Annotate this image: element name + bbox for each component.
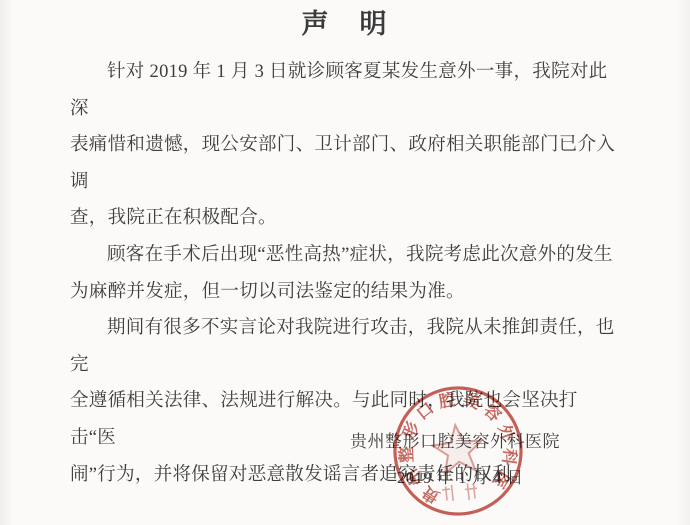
seal-star-icon (431, 423, 485, 475)
seal-smudge-marks (442, 482, 479, 503)
paragraph-2: 顾客在手术后出现“恶性高热”症状，我院考虑此次意外的发生 为麻醉并发症，但一切以… (70, 237, 622, 310)
paragraph-3: 期间有很多不实言论对我院进行攻击，我院从未推卸责任，也完 全遵循相关法律、法规进… (70, 310, 622, 493)
paragraph-1: 针对 2019 年 1 月 3 日就诊顾客夏某发生意外一事，我院对此深 表痛惜和… (70, 54, 622, 237)
statement-document: 声 明 针对 2019 年 1 月 3 日就诊顾客夏某发生意外一事，我院对此深 … (0, 0, 690, 525)
official-seal: 贵州整形口腔美容外科医院 (381, 374, 535, 525)
document-title: 声 明 (0, 2, 690, 41)
